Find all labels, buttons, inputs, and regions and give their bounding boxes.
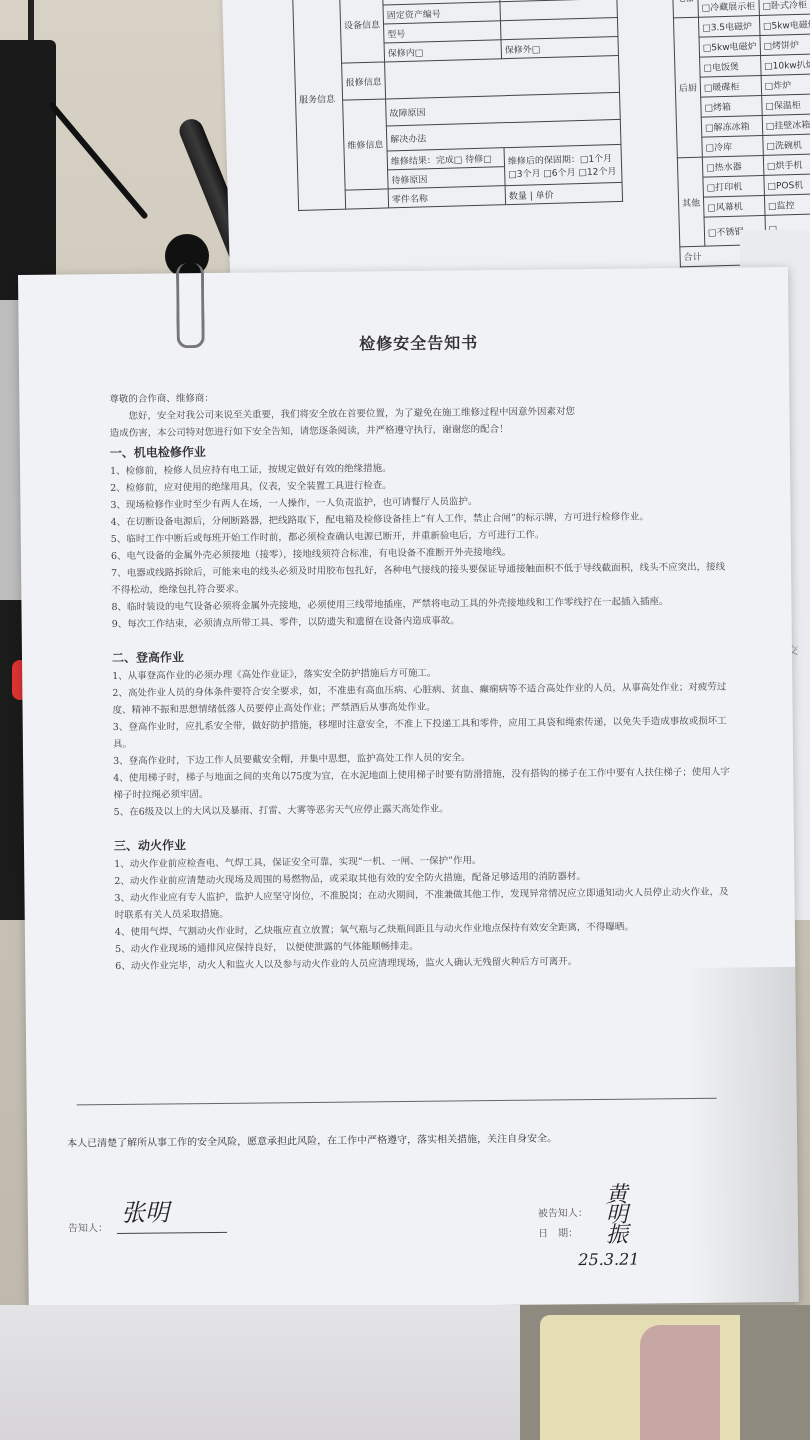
document-body: 检修安全告知书 尊敬的合作商、维修商： 您好，安全对我公司来说至关重要，我们将安… [109,328,736,975]
checkbox-item[interactable]: □卧式冷柜 [759,0,810,16]
hand-shadow [685,967,799,1303]
form-section-label: 设备信息 [339,0,384,63]
checkbox-item[interactable]: □打印机 [703,175,764,197]
category-label: 后厨 [673,17,702,158]
safety-notice-paper: 检修安全告知书 尊敬的合作商、维修商： 您好，安全对我公司来说至关重要，我们将安… [18,267,799,1310]
checkbox-item[interactable]: □洗碗机 [763,134,810,156]
form-section-label: 报修信息 [342,62,386,100]
equipment-checklist: 电器□净水器□冰沙机 □冷藏展示柜□卧式冷柜 后厨□3.5电磁炉□5kw电磁炉 … [672,0,810,267]
checkbox-item[interactable]: □烤箱 [701,95,762,117]
bottom-clutter [0,1305,810,1440]
divider [77,1098,717,1106]
notifier-signature-line: 张明 [117,1218,227,1234]
checkbox-item[interactable]: □POS机 [764,174,810,196]
checkbox-item[interactable]: □3.5电磁炉 [698,16,759,38]
checkbox-item[interactable]: □监控 [764,194,810,216]
checkbox-item[interactable]: □解冻冰箱 [701,115,762,137]
checkbox-item[interactable]: □烤饼炉 [760,34,810,56]
form-section-label: 服务信息 [292,0,345,210]
checkbox-item[interactable]: □5kw电磁炉 [699,36,760,58]
notifier-signature-block: 告知人： 张明 [68,1218,227,1235]
acknowledgement-statement: 本人已清楚了解所从事工作的安全风险，愿意承担此风险，在工作中严格遵守，落实相关措… [67,1127,747,1149]
form-cell: 维修后的保固期：□1个月 □3个月 □6个月 □12个月 [504,144,622,185]
checkbox-item[interactable]: □热水器 [702,155,763,177]
date-value: 25.3.21 [538,1250,639,1271]
checkbox-item[interactable]: □烘手机 [763,154,810,176]
checkbox-item[interactable]: □炸炉 [761,74,810,96]
checkbox-item[interactable]: □10kw扒炉 [760,54,810,76]
notified-signature-block: 被告知人： 黄明振 日 期： 25.3.21 [538,1204,640,1271]
form-cell: 零件名称 [388,186,505,208]
category-label: 电器 [672,0,698,18]
pink-item [640,1325,720,1440]
checkbox-item[interactable]: □电饭煲 [700,55,761,77]
plastic-bag [0,1305,520,1440]
monitor-cable [28,0,34,44]
checkbox-item[interactable]: □冷藏展示柜 [698,0,759,17]
checkbox-item[interactable]: □5kw电磁炉 [759,14,810,36]
form-cell: 数量 | 单价 [505,182,622,204]
notified-label: 被告知人： [538,1208,588,1220]
date-label: 日 期： [538,1228,578,1239]
checkbox-item[interactable]: □风幕机 [703,195,764,217]
notified-signature: 黄明振 [606,1186,640,1246]
repair-form-table: 服务信息 设备信息 品牌 固定资产编号 型号 保修内□保修外□ 报修信息 维修信… [292,0,623,211]
checkbox-item[interactable]: □暖碟柜 [700,75,761,97]
checkbox-item[interactable]: □冷库 [702,135,763,157]
checkbox-item[interactable]: □保温柜 [761,94,810,116]
repair-form-sheet: 服务信息 设备信息 品牌 固定资产编号 型号 保修内□保修外□ 报修信息 维修信… [222,0,810,290]
form-section-label: 维修信息 [343,99,389,190]
notifier-label: 告知人： [68,1223,108,1234]
checkbox-item[interactable]: □挂壁冰箱 [762,114,810,136]
category-label: 其他 [677,157,704,247]
notifier-signature: 张明 [121,1192,169,1228]
